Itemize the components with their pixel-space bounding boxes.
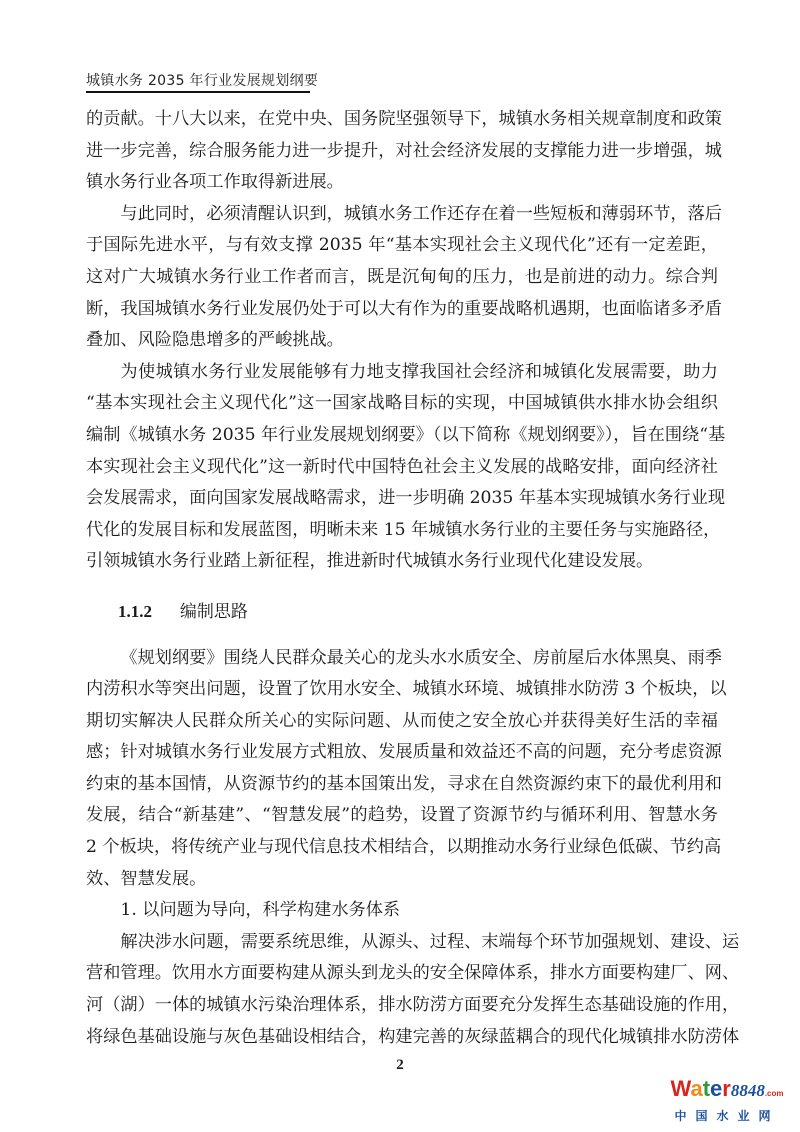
- watermark-brand-number: 8848: [731, 1081, 765, 1100]
- text-line: 会发展需求，面向国家发展战略需求，进一步明确 2035 年基本实现城镇水务行业现: [86, 483, 718, 515]
- text-line: 于国际先进水平，与有效支撑 2035 年“基本实现社会主义现代化”还有一定差距，: [86, 230, 718, 262]
- watermark-brand-suffix: .com: [765, 1089, 784, 1098]
- text-line: 解决涉水问题，需要系统思维，从源头、过程、末端每个环节加强规划、建设、运: [86, 927, 718, 959]
- running-header: 城镇水务 2035 年行业发展规划纲要: [86, 70, 318, 90]
- watermark-letter: r: [722, 1076, 731, 1101]
- paragraph-group-intro: 的贡献。十八大以来，在党中央、国务院坚强领导下，城镇水务相关规章制度和政策进一步…: [86, 104, 718, 578]
- watermark-letter: a: [690, 1076, 702, 1101]
- text-line: 引领城镇水务行业踏上新征程，推进新时代城镇水务行业现代化建设发展。: [86, 546, 718, 578]
- paragraph: 《规划纲要》围绕人民群众最关心的龙头水水质安全、房前屋后水体黑臭、雨季内涝积水等…: [86, 643, 718, 896]
- page-number: 2: [0, 1057, 800, 1074]
- text-line: 代化的发展目标和发展蓝图，明晰未来 15 年城镇水务行业的主要任务与实施路径，: [86, 515, 718, 547]
- text-line: 营和管理。饮用水方面要构建从源头到龙头的安全保障体系，排水方面要构建厂、网、: [86, 958, 718, 990]
- document-body: 的贡献。十八大以来，在党中央、国务院坚强领导下，城镇水务相关规章制度和政策进一步…: [86, 104, 718, 1053]
- paragraph: 的贡献。十八大以来，在党中央、国务院坚强领导下，城镇水务相关规章制度和政策进一步…: [86, 104, 718, 199]
- text-line: 1. 以问题为导向，科学构建水务体系: [86, 895, 718, 927]
- watermark-chinese-name: 中国水业网: [662, 1107, 792, 1124]
- section-heading: 1.1.2 编制思路: [86, 596, 718, 629]
- section-number: 1.1.2: [118, 602, 152, 621]
- text-line: 期切实解决人民群众所关心的实际问题、从而使之安全放心并获得美好生活的幸福: [86, 706, 718, 738]
- text-line: 编制《城镇水务 2035 年行业发展规划纲要》（以下简称《规划纲要》），旨在围绕…: [86, 420, 718, 452]
- header-underline: [86, 91, 310, 93]
- text-line: 镇水务行业各项工作取得新进展。: [86, 167, 718, 199]
- paragraph-group-approach: 《规划纲要》围绕人民群众最关心的龙头水水质安全、房前屋后水体黑臭、雨季内涝积水等…: [86, 643, 718, 1054]
- paragraph: 1. 以问题为导向，科学构建水务体系: [86, 895, 718, 927]
- text-line: 为使城镇水务行业发展能够有力地支撑我国社会经济和城镇化发展需要，助力: [86, 357, 718, 389]
- text-line: 的贡献。十八大以来，在党中央、国务院坚强领导下，城镇水务相关规章制度和政策: [86, 104, 718, 136]
- text-line: 将绿色基础设施与灰色基础设相结合，构建完善的灰绿蓝耦合的现代化城镇排水防涝体: [86, 1022, 718, 1054]
- watermark-letter: t: [703, 1076, 710, 1101]
- text-line: 内涝积水等突出问题，设置了饮用水安全、城镇水环境、城镇排水防涝 3 个板块，以: [86, 674, 718, 706]
- text-line: 这对广大城镇水务行业工作者而言，既是沉甸甸的压力，也是前进的动力。综合判: [86, 262, 718, 294]
- paragraph: 为使城镇水务行业发展能够有力地支撑我国社会经济和城镇化发展需要，助力“基本实现社…: [86, 357, 718, 578]
- text-line: 发展，结合“新基建”、“智慧发展”的趋势，设置了资源节约与循环利用、智慧水务: [86, 800, 718, 832]
- watermark-logo: Water8848.com 中国水业网: [662, 1078, 792, 1124]
- text-line: 感；针对城镇水务行业发展方式粗放、发展质量和效益还不高的问题，充分考虑资源: [86, 737, 718, 769]
- watermark-brand-word: Water: [670, 1076, 730, 1101]
- text-line: 约束的基本国情，从资源节约的基本国策出发，寻求在自然资源约束下的最优利用和: [86, 769, 718, 801]
- text-line: 2 个板块，将传统产业与现代信息技术相结合，以期推动水务行业绿色低碳、节约高: [86, 832, 718, 864]
- paragraph: 解决涉水问题，需要系统思维，从源头、过程、末端每个环节加强规划、建设、运营和管理…: [86, 927, 718, 1053]
- watermark-letter: W: [670, 1076, 690, 1101]
- watermark-brand: Water8848.com: [662, 1078, 792, 1105]
- text-line: 本实现社会主义现代化”这一新时代中国特色社会主义发展的战略安排，面向经济社: [86, 452, 718, 484]
- text-line: 效、智慧发展。: [86, 864, 718, 896]
- section-title: 编制思路: [180, 602, 248, 622]
- paragraph: 与此同时，必须清醒认识到，城镇水务工作还存在着一些短板和薄弱环节，落后于国际先进…: [86, 199, 718, 357]
- text-line: 进一步完善，综合服务能力进一步提升，对社会经济发展的支撑能力进一步增强，城: [86, 136, 718, 168]
- text-line: 《规划纲要》围绕人民群众最关心的龙头水水质安全、房前屋后水体黑臭、雨季: [86, 643, 718, 675]
- text-line: “基本实现社会主义现代化”这一国家战略目标的实现，中国城镇供水排水协会组织: [86, 388, 718, 420]
- text-line: 河（湖）一体的城镇水污染治理体系，排水防涝方面要充分发挥生态基础设施的作用，: [86, 990, 718, 1022]
- text-line: 叠加、风险隐患增多的严峻挑战。: [86, 325, 718, 357]
- text-line: 断，我国城镇水务行业发展仍处于可以大有作为的重要战略机遇期，也面临诸多矛盾: [86, 294, 718, 326]
- watermark-letter: e: [710, 1076, 722, 1101]
- text-line: 与此同时，必须清醒认识到，城镇水务工作还存在着一些短板和薄弱环节，落后: [86, 199, 718, 231]
